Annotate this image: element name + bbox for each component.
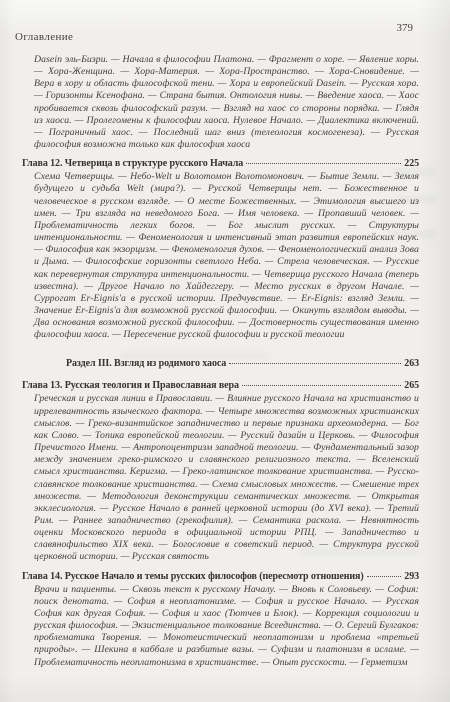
dot-leader	[246, 163, 401, 164]
chapter-page-number: 225	[404, 158, 419, 169]
page-number: 379	[397, 22, 414, 34]
toc-line: Глава 12. Четверица в структуре русского…	[22, 158, 419, 169]
toc-line: Раздел III. Взгляд из родимого хаоса 263	[22, 358, 419, 369]
chapter-label: Глава 14. Русское Начало и темы русских …	[22, 571, 364, 582]
chapter-summary: Греческая и русская линии в Православии.…	[34, 393, 419, 563]
dot-leader	[242, 385, 401, 386]
chapter-page-number: 293	[404, 571, 419, 582]
toc-line: Глава 14. Русское Начало и темы русских …	[22, 571, 419, 582]
chapter-page-number: 265	[404, 380, 419, 391]
toc-entry-chapter-12: Глава 12. Четверица в структуре русского…	[22, 158, 419, 341]
running-head: Оглавление 379	[0, 0, 450, 50]
dot-leader	[229, 363, 401, 364]
toc-line: Глава 13. Русская теология и Православна…	[22, 380, 419, 391]
chapter-summary: Схема Четверицы. — Небо-Welt и Волотомон…	[34, 171, 419, 341]
dot-leader	[367, 576, 402, 577]
book-page: Оглавление 379 Dasein эль-Бизри. — Начал…	[0, 0, 450, 702]
toc-content: Dasein эль-Бизри. — Начала в философии П…	[0, 50, 450, 669]
chapter-label: Глава 12. Четверица в структуре русского…	[22, 158, 243, 169]
chapter-label: Глава 13. Русская теология и Православна…	[22, 380, 239, 391]
section-label: Раздел III. Взгляд из родимого хаоса	[66, 358, 226, 369]
toc-entry-section-3: Раздел III. Взгляд из родимого хаоса 263	[22, 358, 419, 369]
running-header-title: Оглавление	[15, 31, 73, 43]
section-page-number: 263	[404, 358, 419, 369]
toc-intro-summary: Dasein эль-Бизри. — Начала в философии П…	[34, 54, 419, 151]
toc-entry-chapter-13: Глава 13. Русская теология и Православна…	[22, 380, 419, 563]
toc-entry-chapter-14: Глава 14. Русское Начало и темы русских …	[22, 571, 419, 669]
chapter-summary: Врачи и пациенты. — Сквозь текст к русск…	[34, 584, 419, 669]
